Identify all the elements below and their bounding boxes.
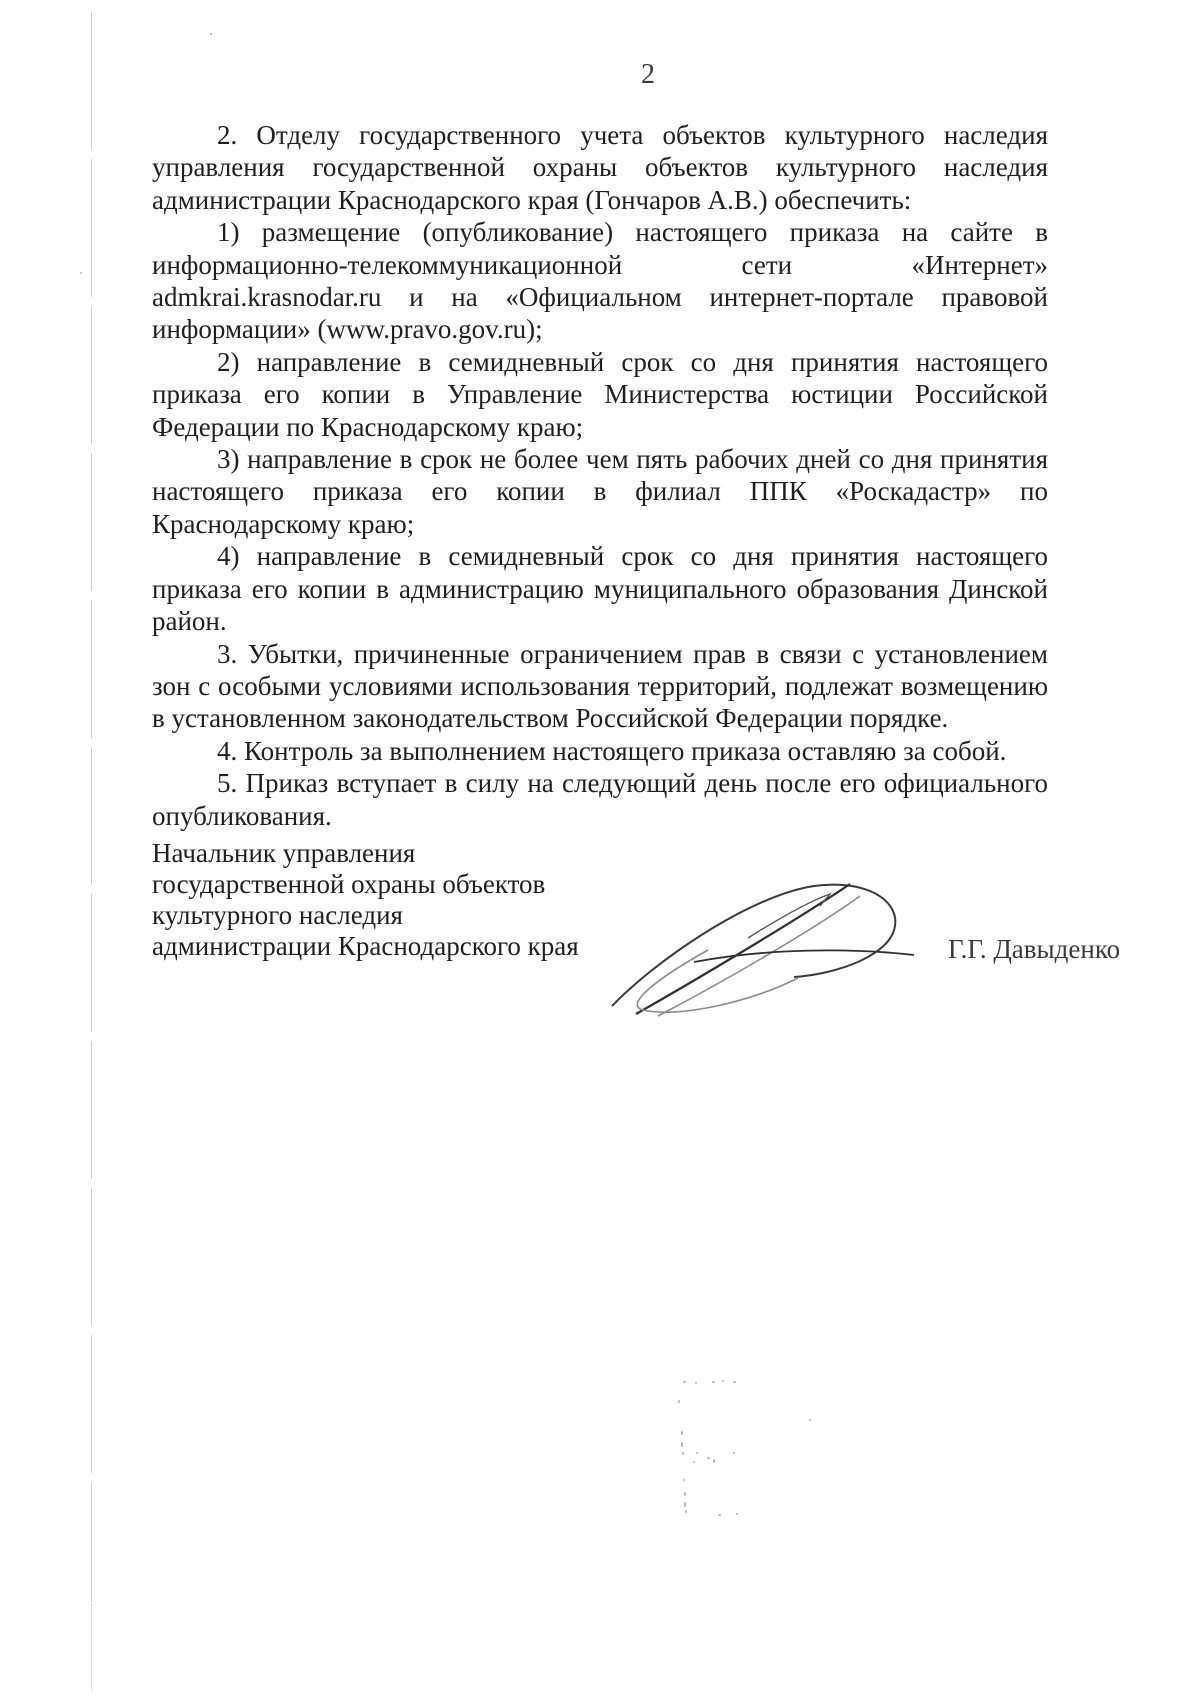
handwritten-signature-icon <box>598 878 918 1018</box>
order-paragraph: 4) направление в семидневный срок со дня… <box>152 540 1048 637</box>
page-number: 2 <box>641 61 655 89</box>
order-paragraph: 3. Убытки, причиненные ограничением прав… <box>152 638 1048 735</box>
order-paragraph: 2. Отделу государственного учета объекто… <box>152 119 1048 216</box>
scan-edge-line-dashed <box>91 1604 92 1690</box>
document-page: 2 2. Отделу государственного учета объек… <box>0 0 1200 1698</box>
order-paragraph: 5. Приказ вступает в силу на следующий д… <box>152 767 1048 832</box>
signatory-position-line: Начальник управления <box>152 838 1172 869</box>
order-paragraph: 4. Контроль за выполнением настоящего пр… <box>152 735 1048 767</box>
order-paragraph: 3) направление в срок не более чем пять … <box>152 443 1048 540</box>
order-paragraph: 1) размещение (опубликование) настоящего… <box>152 216 1048 346</box>
signatory-name: Г.Г. Давыденко <box>948 934 1120 965</box>
order-paragraph: 2) направление в семидневный срок со дня… <box>152 346 1048 443</box>
signature-block: Начальник управления государственной охр… <box>152 838 1172 1068</box>
scan-edge-line <box>91 12 92 1602</box>
order-body-text: 2. Отделу государственного учета объекто… <box>152 119 1048 832</box>
